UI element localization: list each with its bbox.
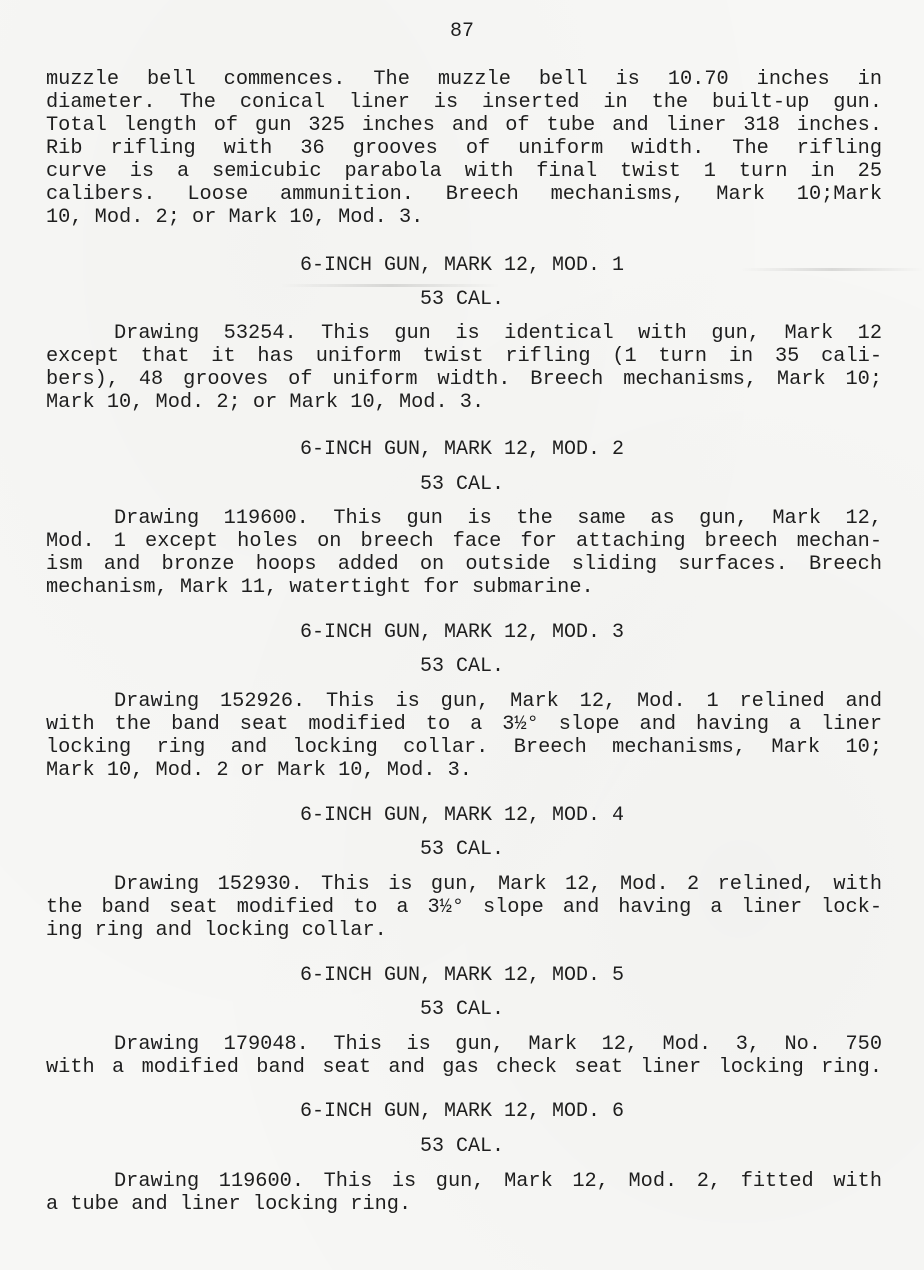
- text-line: ism and bronze hoops added on outside sl…: [46, 553, 882, 576]
- text-line: Drawing 119600. This gun is the same as …: [46, 507, 882, 530]
- section-title-mod-6: 6-INCH GUN, MARK 12, MOD. 6: [0, 1100, 924, 1123]
- text-line: muzzle bell commences. The muzzle bell i…: [46, 68, 882, 91]
- intro-paragraph: muzzle bell commences. The muzzle bell i…: [46, 68, 882, 229]
- section-caliber-mod-5: 53 CAL.: [0, 998, 924, 1021]
- text-line: with the band seat modified to a 3½° slo…: [46, 713, 882, 736]
- text-line: Total length of gun 325 inches and of tu…: [46, 114, 882, 137]
- text-line: the band seat modified to a 3½° slope an…: [46, 896, 882, 919]
- section-body-mod-1: Drawing 53254. This gun is identical wit…: [46, 322, 882, 414]
- section-caliber-mod-1: 53 CAL.: [0, 288, 924, 311]
- page-number: 87: [0, 20, 924, 43]
- section-body-mod-6: Drawing 119600. This is gun, Mark 12, Mo…: [46, 1170, 882, 1216]
- scan-smudge: [740, 268, 924, 271]
- section-title-mod-1: 6-INCH GUN, MARK 12, MOD. 1: [0, 254, 924, 277]
- section-title-mod-2: 6-INCH GUN, MARK 12, MOD. 2: [0, 438, 924, 461]
- section-title-mod-5: 6-INCH GUN, MARK 12, MOD. 5: [0, 964, 924, 987]
- section-caliber-mod-6: 53 CAL.: [0, 1135, 924, 1158]
- text-line: mechanism, Mark 11, watertight for subma…: [46, 576, 882, 599]
- section-body-mod-5: Drawing 179048. This is gun, Mark 12, Mo…: [46, 1033, 882, 1079]
- text-line: Mark 10, Mod. 2 or Mark 10, Mod. 3.: [46, 759, 882, 782]
- scan-smudge: [280, 284, 500, 287]
- section-body-mod-4: Drawing 152930. This is gun, Mark 12, Mo…: [46, 873, 882, 942]
- section-body-mod-2: Drawing 119600. This gun is the same as …: [46, 507, 882, 599]
- text-line: except that it has uniform twist rifling…: [46, 345, 882, 368]
- text-line: ing ring and locking collar.: [46, 919, 882, 942]
- text-line: with a modified band seat and gas check …: [46, 1056, 882, 1079]
- text-line: Rib rifling with 36 grooves of uniform w…: [46, 137, 882, 160]
- text-line: Mark 10, Mod. 2; or Mark 10, Mod. 3.: [46, 391, 882, 414]
- section-caliber-mod-4: 53 CAL.: [0, 838, 924, 861]
- text-line: Drawing 119600. This is gun, Mark 12, Mo…: [46, 1170, 882, 1193]
- text-line: a tube and liner locking ring.: [46, 1193, 882, 1216]
- text-line: Drawing 152930. This is gun, Mark 12, Mo…: [46, 873, 882, 896]
- text-line: Drawing 152926. This is gun, Mark 12, Mo…: [46, 690, 882, 713]
- text-line: Mod. 1 except holes on breech face for a…: [46, 530, 882, 553]
- text-line: locking ring and locking collar. Breech …: [46, 736, 882, 759]
- text-line: 10, Mod. 2; or Mark 10, Mod. 3.: [46, 206, 882, 229]
- section-title-mod-4: 6-INCH GUN, MARK 12, MOD. 4: [0, 804, 924, 827]
- text-line: Drawing 53254. This gun is identical wit…: [46, 322, 882, 345]
- section-title-mod-3: 6-INCH GUN, MARK 12, MOD. 3: [0, 621, 924, 644]
- text-line: diameter. The conical liner is inserted …: [46, 91, 882, 114]
- section-caliber-mod-3: 53 CAL.: [0, 655, 924, 678]
- text-line: calibers. Loose ammunition. Breech mecha…: [46, 183, 882, 206]
- document-page: 87 muzzle bell commences. The muzzle bel…: [0, 0, 924, 1270]
- text-line: bers), 48 grooves of uniform width. Bree…: [46, 368, 882, 391]
- section-body-mod-3: Drawing 152926. This is gun, Mark 12, Mo…: [46, 690, 882, 782]
- text-line: Drawing 179048. This is gun, Mark 12, Mo…: [46, 1033, 882, 1056]
- text-line: curve is a semicubic parabola with final…: [46, 160, 882, 183]
- section-caliber-mod-2: 53 CAL.: [0, 473, 924, 496]
